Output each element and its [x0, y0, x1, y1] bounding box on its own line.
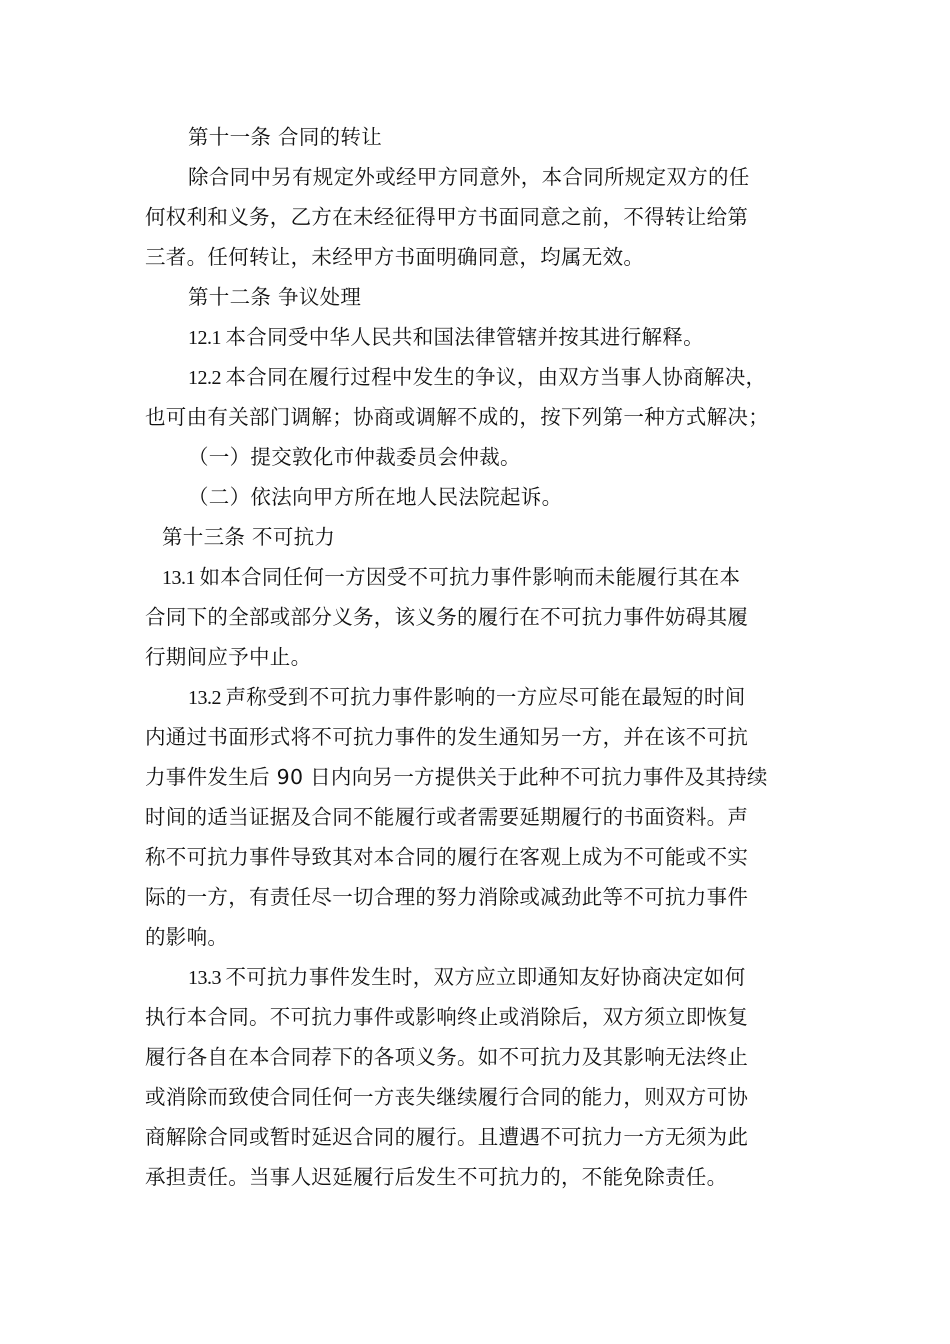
line-text: 三者。任何转让，未经甲方书面明确同意，均属无效。 — [145, 245, 644, 269]
paragraph-line: 合同下的全部或部分义务，该义务的履行在不可抗力事件妨碍其履 — [145, 597, 845, 637]
paragraph-line: 履行各自在本合同荐下的各项义务。如不可抗力及其影响无法终止 — [145, 1037, 845, 1077]
line-text: 时间的适当证据及合同不能履行或者需要延期履行的书面资料。声 — [145, 805, 748, 829]
document-page: 第十一条 合同的转让除合同中另有规定外或经甲方同意外，本合同所规定双方的任何权利… — [0, 0, 950, 1344]
clause-number: 13.1 — [162, 567, 200, 589]
clause-number: 13.2 — [188, 687, 226, 709]
line-text: 际的一方，有责任尽一切合理的努力消除或减劲此等不可抗力事件 — [145, 885, 748, 909]
line-text: 执行本合同。不可抗力事件或影响终止或消除后，双方须立即恢复 — [145, 1005, 748, 1029]
paragraph-line: （二）依法向甲方所在地人民法院起诉。 — [188, 477, 888, 517]
paragraph-line: 何权利和义务，乙方在未经征得甲方书面同意之前，不得转让给第 — [145, 197, 845, 237]
paragraph-line: 力事件发生后 90 日内向另一方提供关于此种不可抗力事件及其持续 — [145, 757, 845, 797]
paragraph-line: 13.1 如本合同任何一方因受不可抗力事件影响而未能履行其在本 — [162, 557, 862, 597]
paragraph-line: 13.2 声称受到不可抗力事件影响的一方应尽可能在最短的时间 — [188, 677, 888, 717]
line-text: 履行各自在本合同荐下的各项义务。如不可抗力及其影响无法终止 — [145, 1045, 748, 1069]
line-text: 除合同中另有规定外或经甲方同意外，本合同所规定双方的任 — [188, 165, 750, 189]
paragraph-line: 的影响。 — [145, 917, 845, 957]
paragraph-line: 内通过书面形式将不可抗力事件的发生通知另一方，并在该不可抗 — [145, 717, 845, 757]
paragraph-line: 12.2 本合同在履行过程中发生的争议，由双方当事人协商解决， — [188, 357, 888, 397]
line-text: （一）提交敦化市仲裁委员会仲裁。 — [188, 445, 521, 469]
line-text: 内通过书面形式将不可抗力事件的发生通知另一方，并在该不可抗 — [145, 725, 748, 749]
line-text: 称不可抗力事件导致其对本合同的履行在客观上成为不可能或不实 — [145, 845, 748, 869]
line-text: （二）依法向甲方所在地人民法院起诉。 — [188, 485, 562, 509]
paragraph-line: 称不可抗力事件导致其对本合同的履行在客观上成为不可能或不实 — [145, 837, 845, 877]
line-text: 承担责任。当事人迟延履行后发生不可抗力的，不能免除责任。 — [145, 1165, 727, 1189]
line-text: 合同下的全部或部分义务，该义务的履行在不可抗力事件妨碍其履 — [145, 605, 748, 629]
clause-number: 12.2 — [188, 367, 226, 389]
line-text: 第十一条 合同的转让 — [188, 125, 382, 149]
section-heading: 第十一条 合同的转让 — [188, 117, 888, 157]
line-text: 行期间应予中止。 — [145, 645, 311, 669]
paragraph-line: 或消除而致使合同任何一方丧失继续履行合同的能力，则双方可协 — [145, 1077, 845, 1117]
paragraph-line: 际的一方，有责任尽一切合理的努力消除或减劲此等不可抗力事件 — [145, 877, 845, 917]
clause-number: 13.3 — [188, 967, 226, 989]
paragraph-line: 三者。任何转让，未经甲方书面明确同意，均属无效。 — [145, 237, 845, 277]
line-text: 第十三条 不可抗力 — [162, 525, 335, 549]
paragraph-line: 行期间应予中止。 — [145, 637, 845, 677]
clause-number: 12.1 — [188, 327, 226, 349]
section-heading: 第十二条 争议处理 — [188, 277, 888, 317]
line-text: 本合同在履行过程中发生的争议，由双方当事人协商解决， — [226, 365, 767, 389]
paragraph-line: 除合同中另有规定外或经甲方同意外，本合同所规定双方的任 — [188, 157, 888, 197]
paragraph-line: 时间的适当证据及合同不能履行或者需要延期履行的书面资料。声 — [145, 797, 845, 837]
line-text: 或消除而致使合同任何一方丧失继续履行合同的能力，则双方可协 — [145, 1085, 748, 1109]
line-text: 何权利和义务，乙方在未经征得甲方书面同意之前，不得转让给第 — [145, 205, 748, 229]
line-text: 不可抗力事件发生时，双方应立即通知友好协商决定如何 — [226, 965, 746, 989]
line-text: 也可由有关部门调解；协商或调解不成的，按下列第一种方式解决； — [145, 405, 769, 429]
paragraph-line: 商解除合同或暂时延迟合同的履行。且遭遇不可抗力一方无须为此 — [145, 1117, 845, 1157]
paragraph-line: （一）提交敦化市仲裁委员会仲裁。 — [188, 437, 888, 477]
paragraph-line: 13.3 不可抗力事件发生时，双方应立即通知友好协商决定如何 — [188, 957, 888, 997]
line-text: 力事件发生后 90 日内向另一方提供关于此种不可抗力事件及其持续 — [145, 765, 768, 789]
line-text: 第十二条 争议处理 — [188, 285, 361, 309]
line-text: 的影响。 — [145, 925, 228, 949]
paragraph-line: 承担责任。当事人迟延履行后发生不可抗力的，不能免除责任。 — [145, 1157, 845, 1197]
section-heading: 第十三条 不可抗力 — [162, 517, 862, 557]
paragraph-line: 也可由有关部门调解；协商或调解不成的，按下列第一种方式解决； — [145, 397, 845, 437]
line-text: 声称受到不可抗力事件影响的一方应尽可能在最短的时间 — [226, 685, 746, 709]
paragraph-line: 12.1 本合同受中华人民共和国法律管辖并按其进行解释。 — [188, 317, 888, 357]
line-text: 本合同受中华人民共和国法律管辖并按其进行解释。 — [226, 325, 704, 349]
paragraph-line: 执行本合同。不可抗力事件或影响终止或消除后，双方须立即恢复 — [145, 997, 845, 1037]
line-text: 商解除合同或暂时延迟合同的履行。且遭遇不可抗力一方无须为此 — [145, 1125, 748, 1149]
line-text: 如本合同任何一方因受不可抗力事件影响而未能履行其在本 — [200, 565, 741, 589]
